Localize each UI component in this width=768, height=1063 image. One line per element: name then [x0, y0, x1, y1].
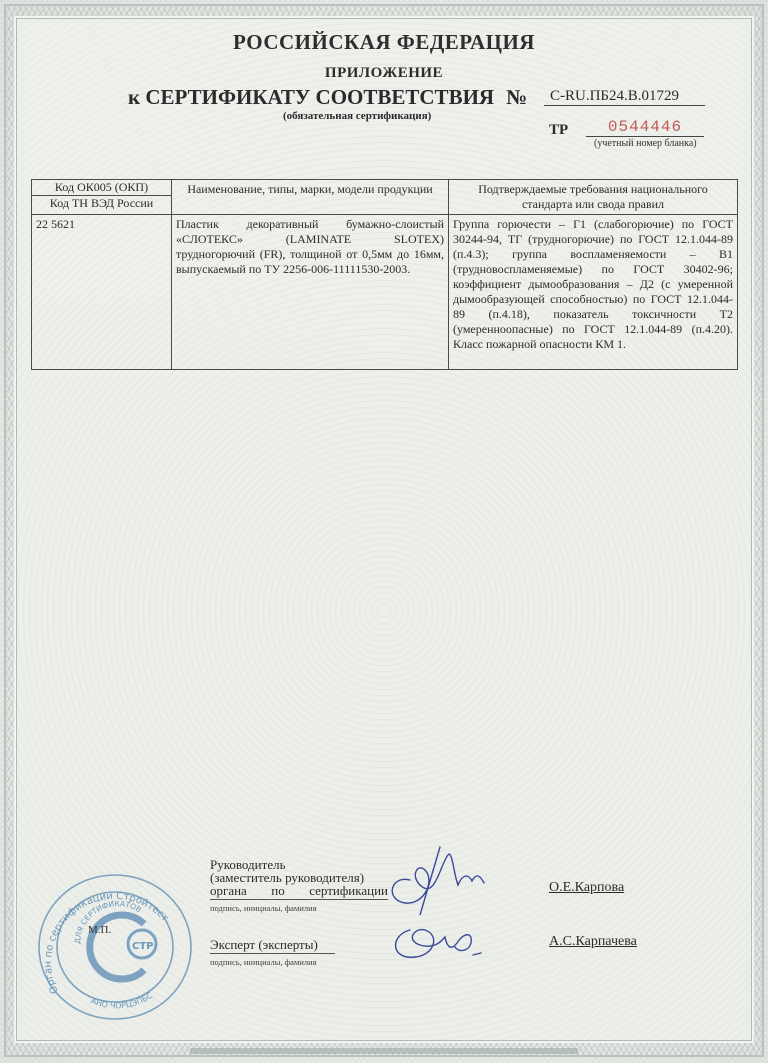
seal-place-label: М.П.	[88, 924, 111, 936]
head-role-line3: органа по сертификации	[210, 884, 388, 900]
header-code-tn: Код ТН ВЭД России	[36, 196, 167, 211]
product-spec-table: Код ОК005 (ОКП) Код ТН ВЭД России Наимен…	[31, 179, 738, 370]
header-code-okp: Код ОК005 (ОКП)	[32, 180, 171, 196]
certification-type: (обязательная сертификация)	[283, 110, 431, 122]
certificate-number: С-RU.ПБ24.В.01729	[544, 88, 705, 106]
head-signature-caption: подпись, инициалы, фамилия	[210, 902, 388, 915]
footer-microtext-band	[190, 1048, 578, 1054]
header-requirements: Подтверждаемые требования национального …	[449, 180, 738, 215]
cell-requirements: Группа горючести – Г1 (слабогорючие) по …	[449, 215, 738, 370]
expert-name: А.С.Карпачева	[549, 934, 637, 950]
number-sign: №	[506, 85, 527, 109]
table-header-row: Код ОК005 (ОКП) Код ТН ВЭД России Наимен…	[32, 180, 738, 215]
cell-code: 22 5621	[32, 215, 172, 370]
blank-number-caption: (учетный номер бланка)	[594, 138, 697, 149]
head-signature	[380, 845, 510, 915]
seal-stamp: Орган по сертификации Стройтест ДЛЯ СЕРТ…	[36, 872, 194, 1022]
certificate-heading: к СЕРТИФИКАТУ СООТВЕТСТВИЯ№	[128, 85, 527, 110]
stamp-center-mark: СТР	[132, 941, 154, 952]
table-row: 22 5621 Пластик декоративный бумажно-сло…	[32, 215, 738, 370]
certificate-page: РОССИЙСКАЯ ФЕДЕРАЦИЯ ПРИЛОЖЕНИЕ к СЕРТИФ…	[0, 0, 768, 1063]
expert-signature-caption: подпись, инициалы, фамилия	[210, 956, 335, 969]
cell-product-name: Пластик декоративный бумажно-слоистый «С…	[172, 215, 449, 370]
head-name: О.Е.Карпова	[549, 880, 624, 896]
head-role-block: Руководитель (заместитель руководителя) …	[210, 858, 388, 915]
country-title: РОССИЙСКАЯ ФЕДЕРАЦИЯ	[0, 30, 768, 55]
appendix-title: ПРИЛОЖЕНИЕ	[0, 65, 768, 82]
tr-label: ТР	[549, 122, 568, 139]
expert-signature	[385, 915, 495, 965]
expert-role: Эксперт (эксперты)	[210, 938, 335, 954]
header-code: Код ОК005 (ОКП) Код ТН ВЭД России	[32, 180, 172, 215]
header-product-name: Наименование, типы, марки, модели продук…	[172, 180, 449, 215]
certificate-title: к СЕРТИФИКАТУ СООТВЕТСТВИЯ	[128, 85, 494, 109]
expert-role-block: Эксперт (эксперты) подпись, инициалы, фа…	[210, 938, 335, 969]
blank-number: 0544446	[586, 118, 704, 137]
